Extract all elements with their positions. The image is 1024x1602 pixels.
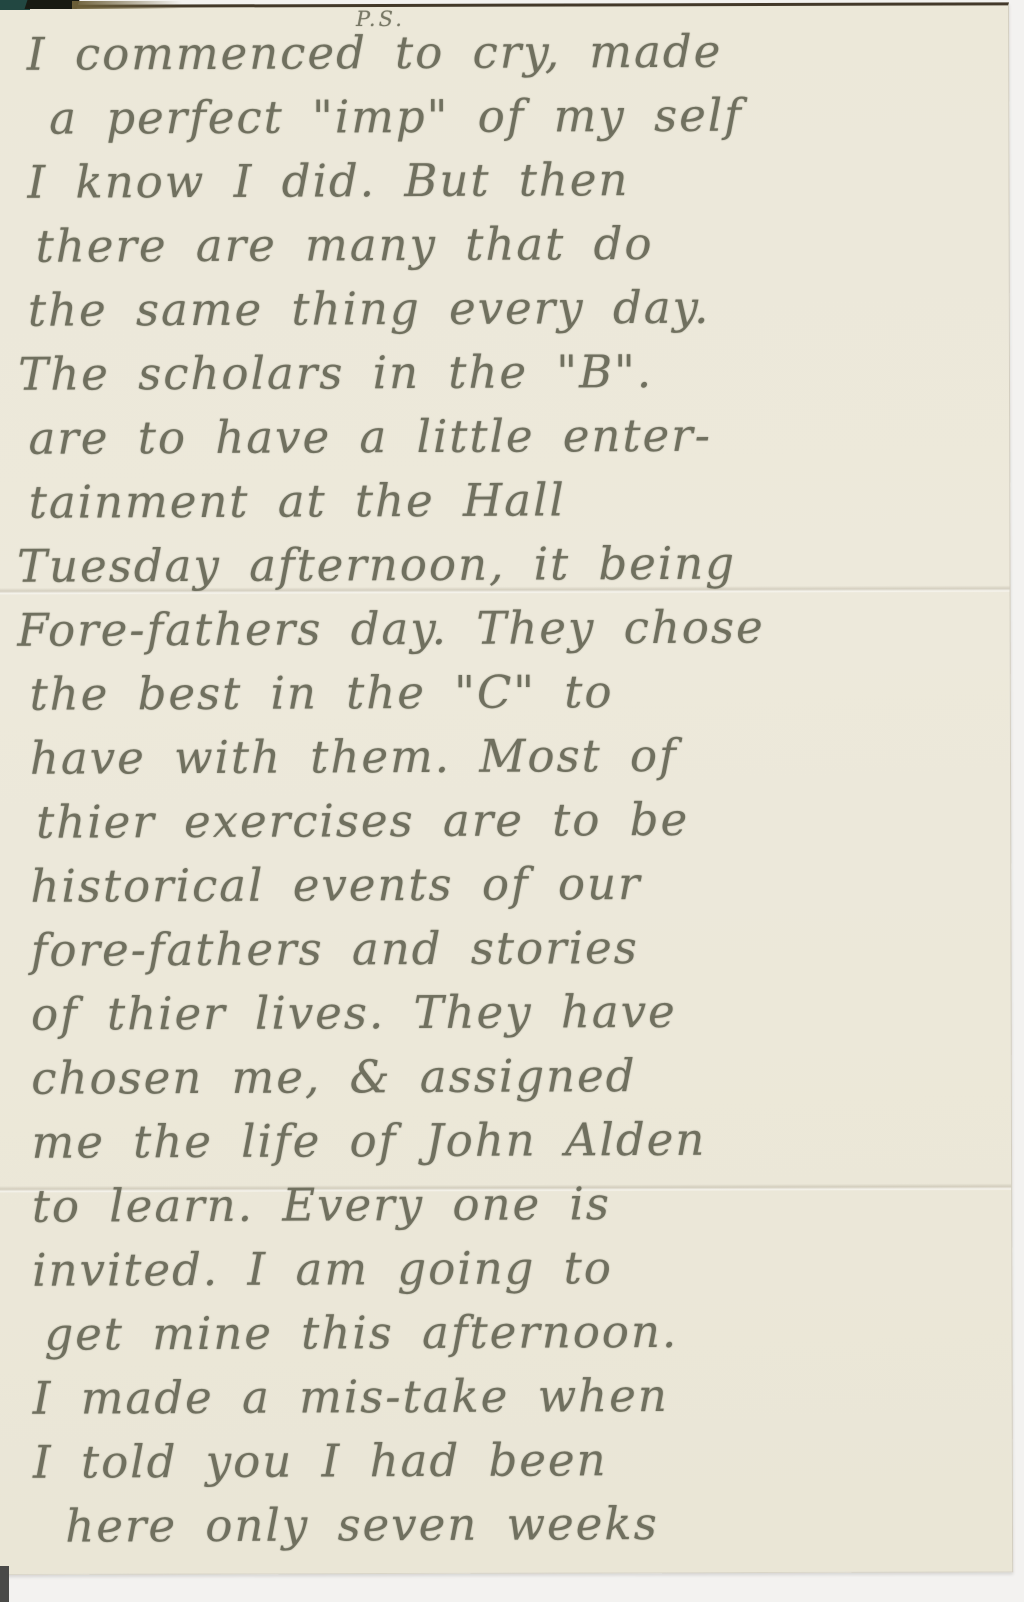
handwritten-line: there are many that do (16, 211, 986, 279)
handwritten-line: tainment at the Hall (17, 467, 987, 535)
handwritten-line: thier exercises are to be (18, 787, 988, 855)
handwritten-line: I told you I had been (21, 1427, 991, 1495)
handwritten-line: Tuesday afternoon, it being (17, 531, 987, 599)
handwritten-line: the best in the "C" to (17, 659, 987, 727)
handwritten-line: here only seven weeks (21, 1491, 991, 1559)
scan-edge-strip (0, 1566, 9, 1602)
handwritten-line: of thier lives. They have (19, 979, 989, 1047)
handwritten-line: I know I did. But then (15, 147, 985, 215)
handwritten-line: Fore-fathers day. They chose (17, 595, 987, 663)
binding-streak (72, 1, 182, 9)
handwritten-line: me the life of John Alden (19, 1107, 989, 1175)
handwritten-line: I made a mis-take when (21, 1363, 991, 1431)
handwritten-line: chosen me, & assigned (19, 1043, 989, 1111)
handwritten-line: fore-fathers and stories (19, 915, 989, 983)
handwritten-line: I commenced to cry, made (15, 19, 985, 87)
handwritten-line: have with them. Most of (18, 723, 988, 791)
handwritten-line: to learn. Every one is (20, 1171, 990, 1239)
handwritten-line: are to have a little enter- (16, 403, 986, 471)
handwritten-line: The scholars in the "B". (16, 339, 986, 407)
scanned-letter: P.S. I commenced to cry, madea perfect "… (0, 0, 1024, 1602)
handwritten-line: historical events of our (18, 851, 988, 919)
letter-body: I commenced to cry, madea perfect "imp" … (15, 19, 992, 1559)
handwritten-line: invited. I am going to (20, 1235, 990, 1303)
handwritten-line: a perfect "imp" of my self (15, 83, 985, 151)
letter-page: P.S. I commenced to cry, madea perfect "… (0, 2, 1013, 1575)
handwritten-line: get mine this afternoon. (20, 1299, 990, 1367)
handwritten-line: the same thing every day. (16, 275, 986, 343)
